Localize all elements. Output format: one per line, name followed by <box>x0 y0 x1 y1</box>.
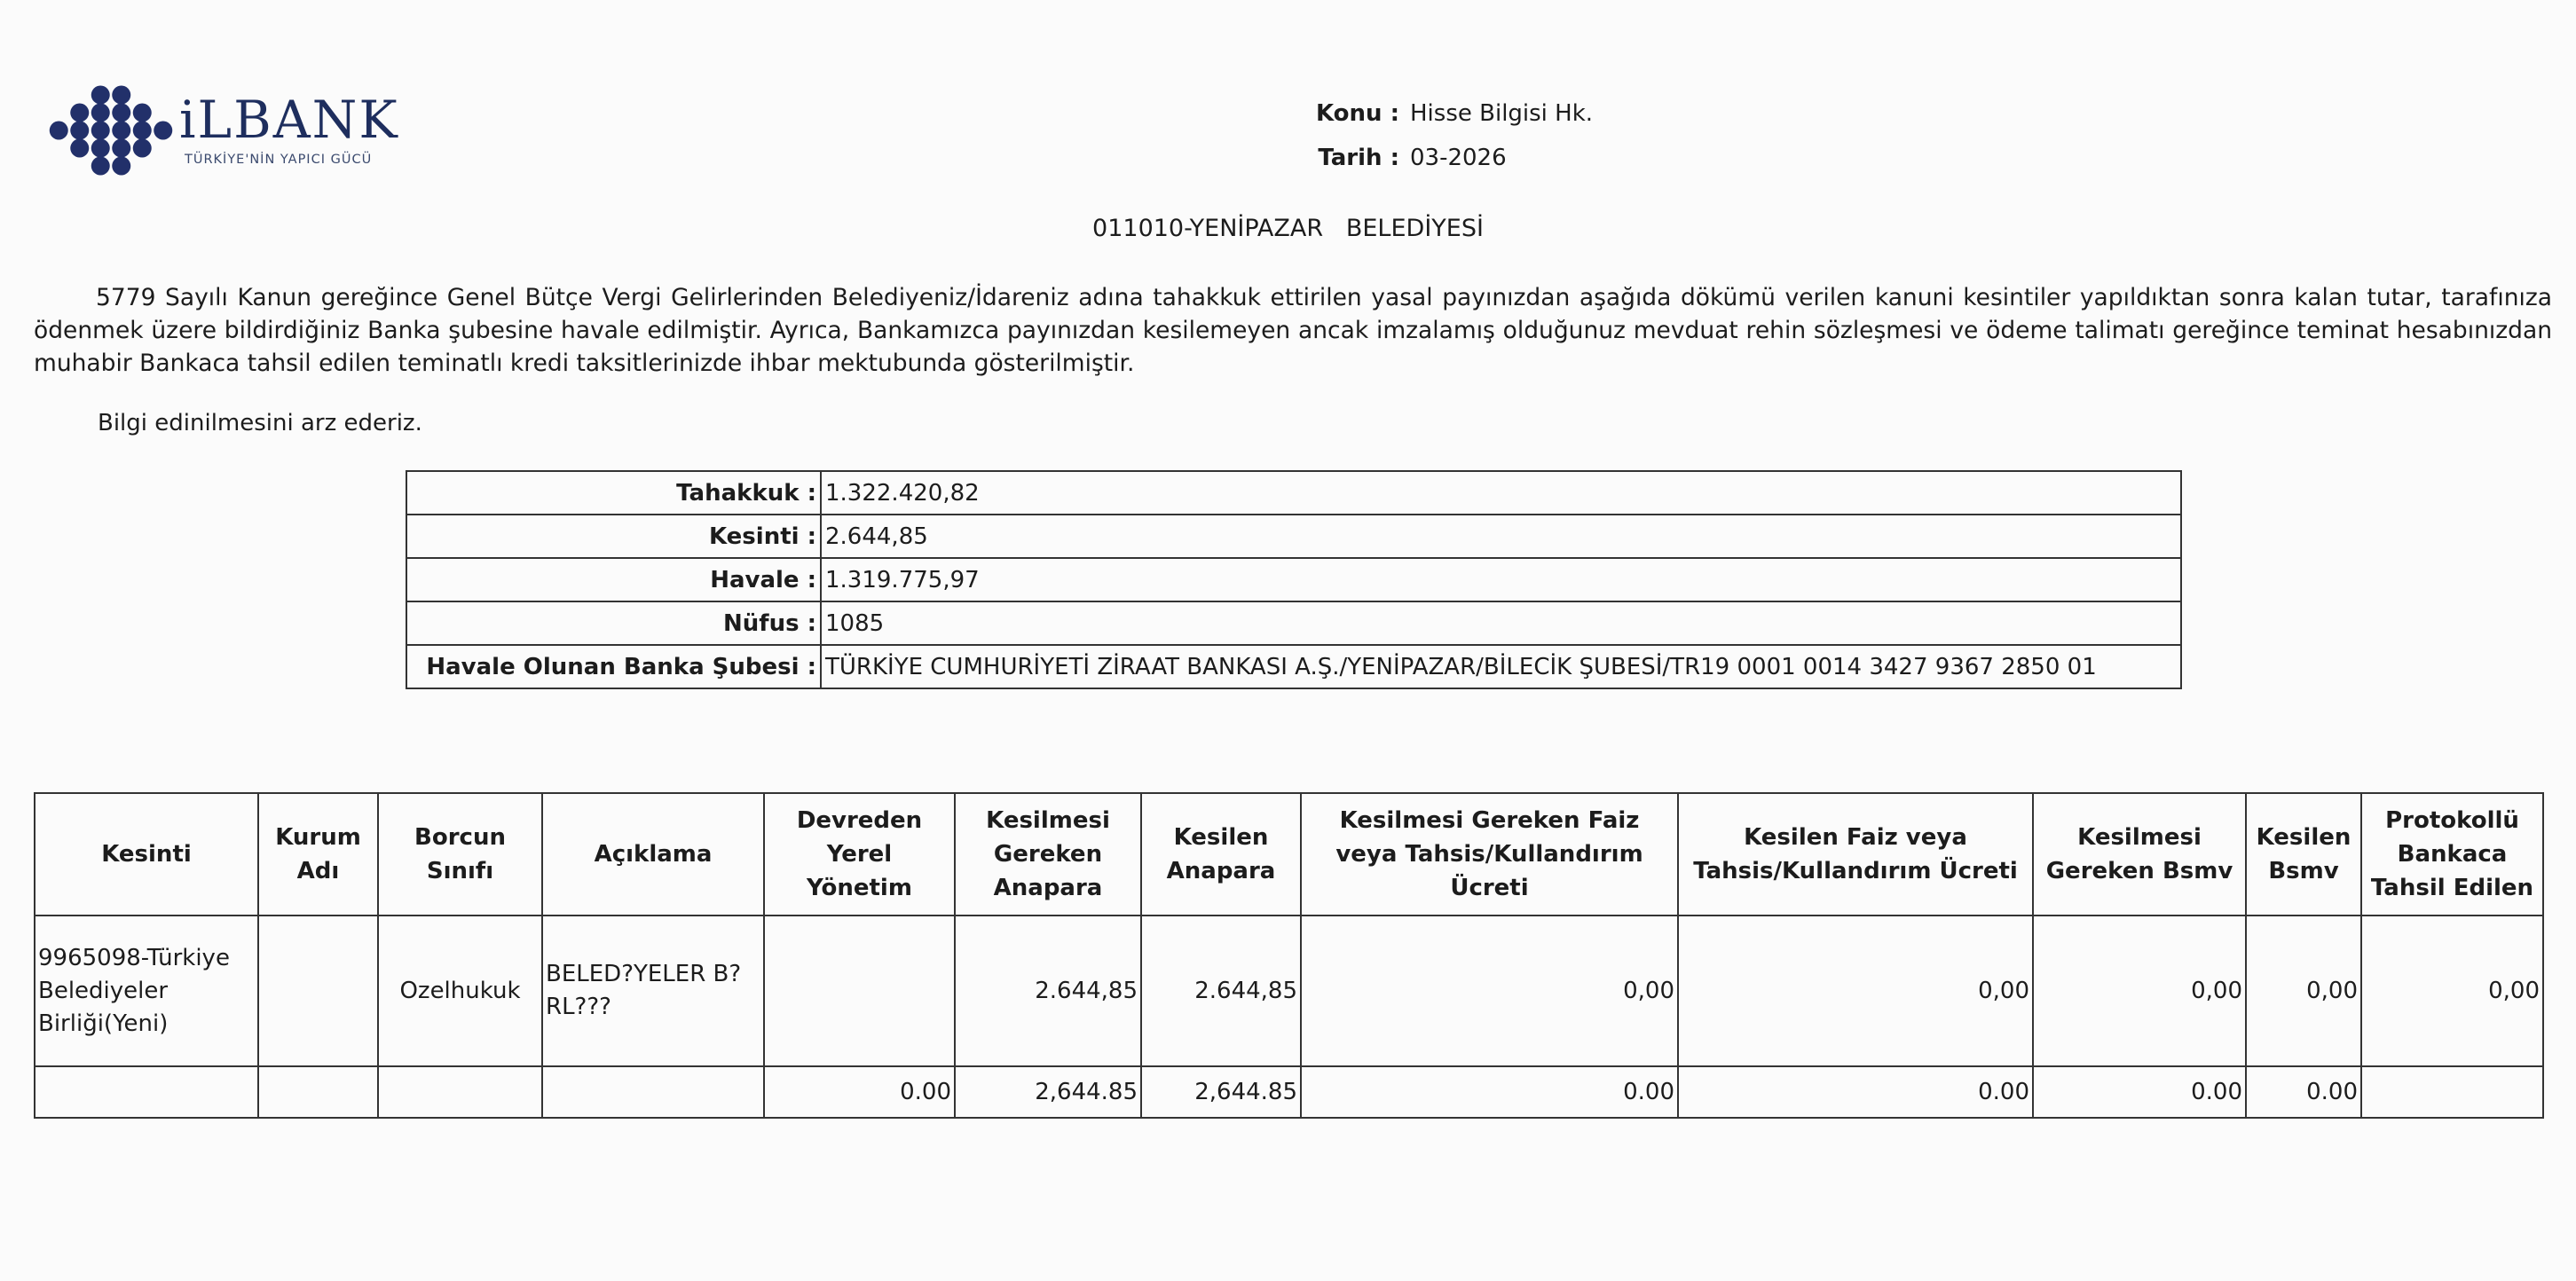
totals-row: 0.002,644.852,644.850.000.000.000.00 <box>35 1066 2543 1118</box>
summary-label: Nüfus : <box>406 601 821 645</box>
table-cell: 0,00 <box>1301 916 1678 1066</box>
body-paragraph: 5779 Sayılı Kanun gereğince Genel Bütçe … <box>34 281 2552 380</box>
closing-line: Bilgi edinilmesini arz ederiz. <box>98 410 422 436</box>
column-header: Kesilen Faiz veya Tahsis/Kullandırım Ücr… <box>1678 793 2033 916</box>
summary-value: 1085 <box>821 601 2181 645</box>
logo-tagline: TÜRKİYE'NİN YAPICI GÜCÜ <box>185 153 372 167</box>
column-header: Devreden Yerel Yönetim <box>764 793 955 916</box>
summary-label: Havale : <box>406 558 821 601</box>
total-cell <box>542 1066 764 1118</box>
date-value: 03-2026 <box>1410 145 1507 171</box>
column-header: Açıklama <box>542 793 764 916</box>
summary-value: TÜRKİYE CUMHURİYETİ ZİRAAT BANKASI A.Ş./… <box>821 645 2181 688</box>
column-header: Kesilen Bsmv <box>2246 793 2361 916</box>
column-header: Kesilmesi Gereken Faiz veya Tahsis/Kulla… <box>1301 793 1678 916</box>
column-header: Protokollü Bankaca Tahsil Edilen <box>2361 793 2543 916</box>
total-cell: 0.00 <box>1301 1066 1678 1118</box>
table-cell: 0,00 <box>2033 916 2246 1066</box>
summary-row: Tahakkuk :1.322.420,82 <box>406 471 2181 515</box>
table-cell: 0,00 <box>1678 916 2033 1066</box>
table-row: 9965098-Türkiye Belediyeler Birliği(Yeni… <box>35 916 2543 1066</box>
table-cell: 9965098-Türkiye Belediyeler Birliği(Yeni… <box>35 916 258 1066</box>
total-cell <box>35 1066 258 1118</box>
summary-label: Kesinti : <box>406 515 821 558</box>
table-cell: 0,00 <box>2361 916 2543 1066</box>
subject-line: Konu :Hisse Bilgisi Hk. <box>1300 100 1593 127</box>
total-cell: 2,644.85 <box>1141 1066 1301 1118</box>
ilbank-logo: iLBANK TÜRKİYE'NİN YAPICI GÜCÜ <box>44 82 417 179</box>
dot-diamond-icon <box>44 82 177 179</box>
table-header-row: KesintiKurum AdıBorcun SınıfıAçıklamaDev… <box>35 793 2543 916</box>
municipality-title: 011010-YENİPAZAR BELEDİYESİ <box>0 215 2576 242</box>
summary-value: 1.319.775,97 <box>821 558 2181 601</box>
column-header: Kesilmesi Gereken Bsmv <box>2033 793 2246 916</box>
summary-value: 2.644,85 <box>821 515 2181 558</box>
summary-row: Havale :1.319.775,97 <box>406 558 2181 601</box>
table-cell: 0,00 <box>2246 916 2361 1066</box>
total-cell <box>258 1066 378 1118</box>
column-header: Kesinti <box>35 793 258 916</box>
table-cell: 2.644,85 <box>955 916 1141 1066</box>
summary-row: Nüfus :1085 <box>406 601 2181 645</box>
subject-value: Hisse Bilgisi Hk. <box>1410 100 1593 127</box>
deduction-table: KesintiKurum AdıBorcun SınıfıAçıklamaDev… <box>34 792 2544 1119</box>
summary-row: Havale Olunan Banka Şubesi :TÜRKİYE CUMH… <box>406 645 2181 688</box>
summary-label: Havale Olunan Banka Şubesi : <box>406 645 821 688</box>
table-cell: BELED?YELER B?RL??? <box>542 916 764 1066</box>
column-header: Kurum Adı <box>258 793 378 916</box>
logo-wordmark: iLBANK <box>179 94 399 145</box>
summary-label: Tahakkuk : <box>406 471 821 515</box>
table-cell <box>764 916 955 1066</box>
summary-table: Tahakkuk :1.322.420,82Kesinti :2.644,85H… <box>406 470 2182 689</box>
total-cell: 0.00 <box>2033 1066 2246 1118</box>
date-label: Tarih : <box>1300 145 1399 171</box>
column-header: Borcun Sınıfı <box>378 793 542 916</box>
total-cell <box>378 1066 542 1118</box>
table-cell <box>258 916 378 1066</box>
table-cell: 2.644,85 <box>1141 916 1301 1066</box>
total-cell <box>2361 1066 2543 1118</box>
column-header: Kesilen Anapara <box>1141 793 1301 916</box>
summary-value: 1.322.420,82 <box>821 471 2181 515</box>
date-line: Tarih :03-2026 <box>1300 145 1507 171</box>
column-header: Kesilmesi Gereken Anapara <box>955 793 1141 916</box>
total-cell: 0.00 <box>2246 1066 2361 1118</box>
total-cell: 0.00 <box>1678 1066 2033 1118</box>
table-cell: Ozelhukuk <box>378 916 542 1066</box>
summary-row: Kesinti :2.644,85 <box>406 515 2181 558</box>
subject-label: Konu : <box>1300 100 1399 127</box>
total-cell: 0.00 <box>764 1066 955 1118</box>
total-cell: 2,644.85 <box>955 1066 1141 1118</box>
